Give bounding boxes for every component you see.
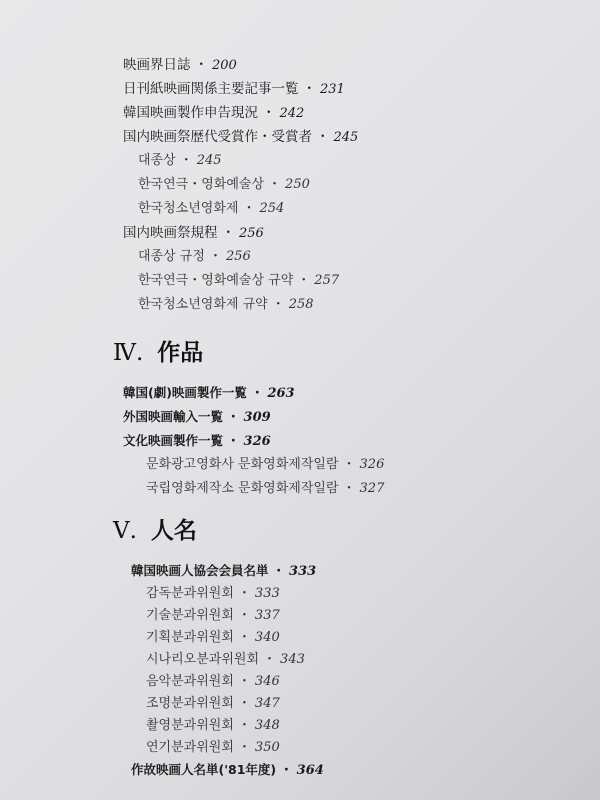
page-number: 327: [360, 481, 385, 496]
toc-subentry: 조명분과위원회・347: [146, 695, 280, 713]
toc-subentry: 대종상・245: [138, 152, 222, 170]
page-number: 256: [239, 226, 264, 241]
page-number: 245: [334, 130, 359, 145]
entry-title: 기술분과위원회: [146, 608, 234, 623]
toc-entry: 文化映画製作一覧・326: [123, 432, 271, 451]
page-number: 263: [267, 386, 294, 401]
toc-subentry: 감독분과위원회・333: [146, 585, 280, 603]
page-number: 326: [360, 457, 385, 472]
page-number: 200: [212, 58, 237, 73]
entry-title: 감독분과위원회: [146, 586, 234, 601]
toc-subentry: 한국청소년영화제・254: [138, 200, 284, 218]
toc-subentry: 한국연극・영화예술상 규약・257: [138, 272, 339, 290]
entry-title: 作故映画人名単('81年度): [131, 762, 276, 777]
page-number: 337: [255, 608, 280, 623]
page-number: 333: [255, 586, 280, 601]
page-number: 254: [259, 201, 284, 216]
page-number: 256: [226, 249, 251, 264]
toc-entry: 韓国映画人協会会員名単・333: [131, 562, 316, 581]
entry-title: 조명분과위원회: [146, 696, 234, 711]
toc-entry: 日刊紙映画関係主要記事一覧・231: [123, 80, 345, 99]
entry-title: 음악분과위원회: [146, 674, 234, 689]
entry-title: 한국청소년영화제 규약: [138, 297, 268, 312]
toc-subentry: 대종상 규정・256: [138, 248, 251, 266]
page-number: 350: [255, 740, 280, 755]
entry-title: 韓国映画人協会会員名単: [131, 563, 269, 578]
page-number: 258: [289, 297, 314, 312]
page-number: 340: [255, 630, 280, 645]
toc-subentry: 국립영화제작소 문화영화제작일람・327: [146, 480, 384, 498]
page-number: 242: [280, 106, 305, 121]
entry-title: 国内映画祭規程: [123, 225, 218, 241]
toc-subentry: 촬영분과위원회・348: [146, 717, 280, 735]
toc-entry: 国内映画祭規程・256: [123, 224, 264, 243]
toc-entry: 作故映画人名単('81年度)・364: [131, 761, 324, 780]
entry-title: 국립영화제작소 문화영화제작일람: [146, 481, 339, 496]
toc-entry: 映画界日誌・200: [123, 56, 237, 75]
toc-subentry: 시나리오분과위원회・343: [146, 651, 305, 669]
toc-subentry: 기획분과위원회・340: [146, 629, 280, 647]
entry-title: 文化映画製作一覧: [123, 433, 223, 448]
toc-entry: 国内映画祭歴代受賞作・受賞者・245: [123, 128, 358, 147]
entry-title: 韓国映画製作申告現況: [123, 105, 258, 121]
toc-subentry: 음악분과위원회・346: [146, 673, 280, 691]
page-number: 245: [197, 153, 222, 168]
toc-subentry: 연기분과위원회・350: [146, 739, 280, 757]
entry-title: 映画界日誌: [123, 57, 191, 73]
toc-subentry: 문화광고영화사 문화영화제작일람・326: [146, 456, 384, 474]
section-title: 作品: [157, 340, 203, 366]
page-number: 309: [244, 410, 271, 425]
entry-title: 韓国(劇)映画製作一覧: [123, 385, 247, 400]
entry-title: 한국연극・영화예술상: [138, 177, 264, 192]
toc-entry: 韓国(劇)映画製作一覧・263: [123, 384, 295, 403]
page-number: 326: [244, 434, 271, 449]
entry-title: 시나리오분과위원회: [146, 652, 259, 667]
page-number: 257: [314, 273, 339, 288]
page-number: 346: [255, 674, 280, 689]
page-number: 364: [297, 763, 324, 778]
book-page: 映画界日誌・200 日刊紙映画関係主要記事一覧・231 韓国映画製作申告現況・2…: [0, 0, 600, 800]
entry-title: 대종상: [138, 153, 176, 168]
entry-title: 대종상 규정: [138, 249, 205, 264]
entry-title: 기획분과위원회: [146, 630, 234, 645]
section-heading-names: Ⅴ.人名: [113, 512, 197, 545]
toc-subentry: 기술분과위원회・337: [146, 607, 280, 625]
entry-title: 日刊紙映画関係主要記事一覧: [123, 81, 299, 97]
page-number: 348: [255, 718, 280, 733]
entry-title: 연기분과위원회: [146, 740, 234, 755]
section-title: 人名: [151, 518, 197, 544]
entry-title: 촬영분과위원회: [146, 718, 234, 733]
toc-entry: 韓国映画製作申告現況・242: [123, 104, 304, 123]
entry-title: 한국청소년영화제: [138, 201, 238, 216]
page-number: 343: [280, 652, 305, 667]
page-number: 333: [289, 564, 316, 579]
toc-subentry: 한국연극・영화예술상・250: [138, 176, 310, 194]
section-numeral: Ⅴ.: [113, 518, 137, 544]
page-number: 231: [320, 82, 345, 97]
entry-title: 문화광고영화사 문화영화제작일람: [146, 457, 339, 472]
toc-entry: 外国映画輸入一覧・309: [123, 408, 271, 427]
entry-title: 外国映画輸入一覧: [123, 409, 223, 424]
page-number: 250: [285, 177, 310, 192]
entry-title: 国内映画祭歴代受賞作・受賞者: [123, 129, 312, 145]
toc-subentry: 한국청소년영화제 규약・258: [138, 296, 314, 314]
entry-title: 한국연극・영화예술상 규약: [138, 273, 293, 288]
section-heading-works: Ⅳ.作品: [113, 334, 203, 367]
page-number: 347: [255, 696, 280, 711]
section-numeral: Ⅳ.: [113, 340, 143, 366]
